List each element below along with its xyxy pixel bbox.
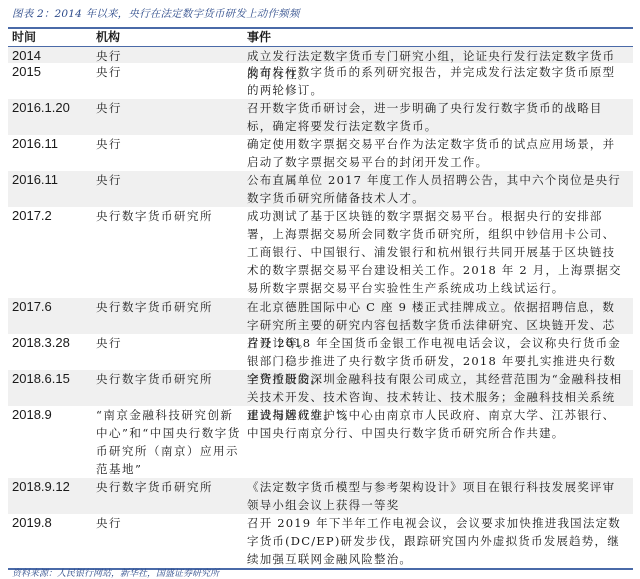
row-event: 发布发行数字货币的系列研究报告，并完成发行法定数字货币原型的两轮修订。 <box>247 63 633 99</box>
row-org: 央行 <box>94 99 247 117</box>
row-event: 正式揭牌成立。该中心由南京市人民政府、南京大学、江苏银行、中国央行南京分行、中国… <box>247 406 633 442</box>
header-org: 机构 <box>94 29 247 46</box>
row-org: 央行 <box>94 63 247 81</box>
table-caption: 图表 2：2014 年以来，央行在法定数字货币研发上动作频频 <box>12 6 300 21</box>
row-org: 央行 <box>94 135 247 153</box>
row-event: 召开 2019 年下半年工作电视会议，会议要求加快推进我国法定数字货币(DC/E… <box>247 514 633 568</box>
row-event: 确定使用数字票据交易平台作为法定数字货币的试点应用场景，并启动了数字票据交易平台… <box>247 135 633 171</box>
table-row: 2016.11 央行 公布直属单位 2017 年度工作人员招聘公告，其中六个岗位… <box>8 171 633 207</box>
table-row: 2018.6.15 央行数字货币研究所 全资控股的深圳金融科技有限公司成立，其经… <box>8 370 633 406</box>
table-row: 2018.3.28 央行 召开 2018 年全国货币金银工作电视电话会议，会议称… <box>8 334 633 370</box>
events-table: 时间 机构 事件 2014 央行 成立发行法定数字货币专门研究小组，论证央行发行… <box>8 27 633 570</box>
table-header: 时间 机构 事件 <box>8 29 633 47</box>
row-event: 成功测试了基于区块链的数字票据交易平台。根据央行的安排部署，上海票据交易所会同数… <box>247 207 633 297</box>
row-org: 央行数字货币研究所 <box>94 478 247 496</box>
row-org: 央行 <box>94 514 247 532</box>
table-row: 2017.6 央行数字货币研究所 在北京德胜国际中心 C 座 9 楼正式挂牌成立… <box>8 298 633 334</box>
row-date: 2018.6.15 <box>8 370 94 388</box>
table-row: 2018.9 “南京金融科技研究创新中心”和“中国央行数字货币研究所（南京）应用… <box>8 406 633 478</box>
row-event: 召开数字货币研讨会，进一步明确了央行发行数字货币的战略目标，确定将要发行法定数字… <box>247 99 633 135</box>
row-org: 央行数字货币研究所 <box>94 370 247 388</box>
table-row: 2014 央行 成立发行法定数字货币专门研究小组，论证央行发行法定数字货币的可行… <box>8 47 633 63</box>
row-date: 2018.9 <box>8 406 94 424</box>
table-row: 2019.8 央行 召开 2019 年下半年工作电视会议，会议要求加快推进我国法… <box>8 514 633 568</box>
row-org: 央行 <box>94 171 247 189</box>
row-date: 2017.6 <box>8 298 94 316</box>
row-org: 央行数字货币研究所 <box>94 298 247 316</box>
row-org: 央行 <box>94 334 247 352</box>
header-event: 事件 <box>247 29 633 46</box>
row-date: 2019.8 <box>8 514 94 532</box>
table-row: 2015 央行 发布发行数字货币的系列研究报告，并完成发行法定数字货币原型的两轮… <box>8 63 633 99</box>
source-note: 资料来源：人民银行网站，新华社，国盛证券研究所 <box>12 566 219 579</box>
table-row: 2016.11 央行 确定使用数字票据交易平台作为法定数字货币的试点应用场景，并… <box>8 135 633 171</box>
row-org: 央行数字货币研究所 <box>94 207 247 225</box>
row-event: 公布直属单位 2017 年度工作人员招聘公告，其中六个岗位是央行数字货币研究所储… <box>247 171 633 207</box>
table-row: 2017.2 央行数字货币研究所 成功测试了基于区块链的数字票据交易平台。根据央… <box>8 207 633 298</box>
row-date: 2016.11 <box>8 135 94 153</box>
row-date: 2018.9.12 <box>8 478 94 496</box>
header-time: 时间 <box>8 29 94 46</box>
table-row: 2016.1.20 央行 召开数字货币研讨会，进一步明确了央行发行数字货币的战略… <box>8 99 633 135</box>
row-date: 2017.2 <box>8 207 94 225</box>
table-row: 2018.9.12 央行数字货币研究所 《法定数字货币模型与参考架构设计》项目在… <box>8 478 633 514</box>
row-org: “南京金融科技研究创新中心”和“中国央行数字货币研究所（南京）应用示范基地” <box>94 406 247 478</box>
row-date: 2016.1.20 <box>8 99 94 117</box>
row-date: 2018.3.28 <box>8 334 94 352</box>
row-event: 《法定数字货币模型与参考架构设计》项目在银行科技发展奖评审领导小组会议上获得一等… <box>247 478 633 514</box>
row-date: 2015 <box>8 63 94 81</box>
row-date: 2016.11 <box>8 171 94 189</box>
